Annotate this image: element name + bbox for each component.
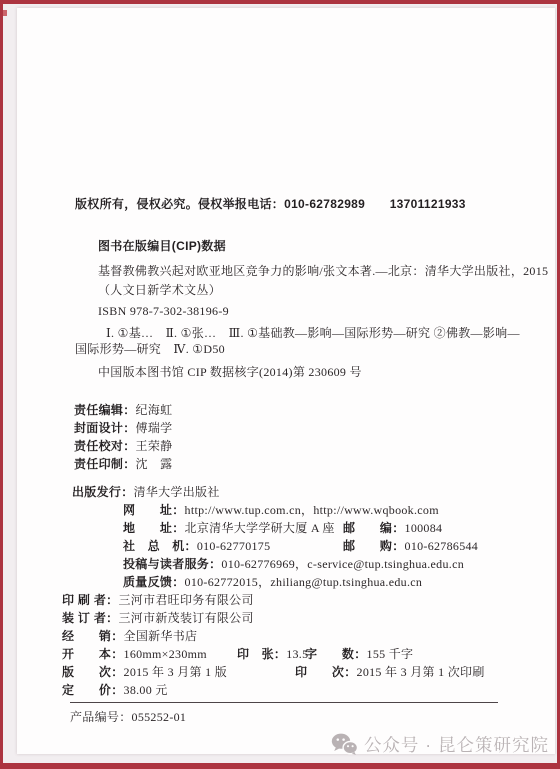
cip-record-line: 中国版本图书馆 CIP 数据核字(2014)第 230609 号	[98, 365, 362, 380]
publisher-feedback-line: 质量反馈：010-62772015，zhiliang@tup.tsinghua.…	[123, 575, 422, 590]
wordcount-value: 155 千字	[367, 647, 414, 661]
distributor-line: 经 销：全国新华书店	[62, 629, 197, 644]
address-label: 地 址：	[123, 521, 185, 535]
product-code-value: 055252-01	[132, 710, 187, 724]
staff-print-supervisor-value: 沈 露	[136, 457, 173, 471]
distributor-label: 经 销：	[62, 629, 124, 643]
cip-classification-line2: 国际形势—研究 Ⅳ. ①D50	[75, 342, 225, 357]
cip-series-line: （人文日新学术文丛）	[98, 283, 221, 298]
publisher-website-line: 网 址：http://www.tup.com.cn，http://www.wqb…	[123, 503, 439, 518]
staff-proofreader: 责任校对：王荣静	[74, 439, 172, 454]
wechat-icon	[331, 733, 358, 756]
publisher-label: 出版发行：	[72, 485, 134, 499]
price-label: 定 价：	[62, 683, 124, 697]
service-value: 010-62776969，c-service@tup.tsinghua.edu.…	[221, 557, 464, 571]
switchboard-value: 010-62770175	[197, 539, 271, 553]
publisher-value: 清华大学出版社	[134, 485, 220, 499]
postcode-value: 100084	[405, 521, 443, 535]
staff-editor: 责任编辑：纪海虹	[74, 403, 172, 418]
printer-label: 印 刷 者：	[62, 593, 118, 607]
impression-line: 印 次：2015 年 3 月第 1 次印刷	[295, 665, 485, 680]
sheets-line: 印 张：13.5	[237, 647, 308, 662]
impression-value: 2015 年 3 月第 1 次印刷	[357, 665, 485, 679]
book-copyright-page: 版权所有，侵权必究。侵权举报电话：010-62782989 1370112193…	[17, 8, 555, 754]
publisher-service-line: 投稿与读者服务：010-62776969，c-service@tup.tsing…	[123, 557, 464, 572]
staff-proofreader-value: 王荣静	[136, 439, 173, 453]
cip-heading: 图书在版编目(CIP)数据	[98, 239, 226, 254]
format-label: 开 本：	[62, 647, 124, 661]
staff-proofreader-label: 责任校对：	[74, 439, 136, 453]
separator-rule	[70, 702, 498, 703]
publisher-postcode-line: 邮 编：100084	[343, 521, 442, 536]
mailorder-value: 010-62786544	[405, 539, 479, 553]
edition-label: 版 次：	[62, 665, 124, 679]
sheets-label: 印 张：	[237, 647, 286, 661]
format-line: 开 本：160mm×230mm	[62, 647, 207, 662]
publisher-line: 出版发行：清华大学出版社	[72, 485, 220, 500]
address-value: 北京清华大学学研大厦 A 座	[185, 521, 335, 535]
edition-line: 版 次：2015 年 3 月第 1 版	[62, 665, 227, 680]
watermark-text: 公众号 · 昆仑策研究院	[364, 732, 549, 757]
publisher-switchboard-line: 社 总 机：010-62770175	[123, 539, 270, 554]
scan-artifact-mark	[0, 10, 7, 16]
staff-cover-designer: 封面设计：傅瑞学	[74, 421, 172, 436]
copyright-notice: 版权所有，侵权必究。侵权举报电话：010-62782989 1370112193…	[75, 197, 466, 212]
staff-editor-value: 纪海虹	[136, 403, 173, 417]
printer-line: 印 刷 者：三河市君旺印务有限公司	[62, 593, 254, 608]
product-code-label: 产品编号：	[70, 710, 132, 724]
cip-classification-line1: Ⅰ. ①基… Ⅱ. ①张… Ⅲ. ①基础教—影响—国际形势—研究 ②佛教—影响—	[106, 326, 520, 341]
service-label: 投稿与读者服务：	[123, 557, 221, 571]
impression-label: 印 次：	[295, 665, 357, 679]
feedback-value: 010-62772015，zhiliang@tup.tsinghua.edu.c…	[185, 575, 423, 589]
distributor-value: 全国新华书店	[124, 629, 198, 643]
staff-print-supervisor: 责任印制：沈 露	[74, 457, 172, 472]
format-value: 160mm×230mm	[124, 647, 207, 661]
mailorder-label: 邮 购：	[343, 539, 405, 553]
price-line: 定 价：38.00 元	[62, 683, 168, 698]
binder-value: 三河市新茂装订有限公司	[118, 611, 253, 625]
wordcount-line: 字 数：155 千字	[305, 647, 413, 662]
wordcount-label: 字 数：	[305, 647, 367, 661]
staff-cover-designer-value: 傅瑞学	[136, 421, 173, 435]
scanned-page-frame: 版权所有，侵权必究。侵权举报电话：010-62782989 1370112193…	[0, 0, 560, 769]
product-code-line: 产品编号：055252-01	[70, 710, 186, 725]
publisher-mailorder-line: 邮 购：010-62786544	[343, 539, 478, 554]
website-label: 网 址：	[123, 503, 185, 517]
staff-cover-designer-label: 封面设计：	[74, 421, 136, 435]
postcode-label: 邮 编：	[343, 521, 405, 535]
printer-value: 三河市君旺印务有限公司	[118, 593, 253, 607]
edition-value: 2015 年 3 月第 1 版	[124, 665, 228, 679]
binder-line: 装 订 者：三河市新茂装订有限公司	[62, 611, 254, 626]
wechat-watermark: 公众号 · 昆仑策研究院	[331, 732, 549, 757]
publisher-address-line: 地 址：北京清华大学学研大厦 A 座	[123, 521, 335, 536]
staff-editor-label: 责任编辑：	[74, 403, 136, 417]
website-value: http://www.tup.com.cn，http://www.wqbook.…	[185, 503, 439, 517]
staff-print-supervisor-label: 责任印制：	[74, 457, 136, 471]
switchboard-label: 社 总 机：	[123, 539, 197, 553]
binder-label: 装 订 者：	[62, 611, 118, 625]
cip-title-line: 基督教佛教兴起对欧亚地区竞争力的影响/张文本著.—北京：清华大学出版社，2015	[98, 264, 548, 279]
price-value: 38.00 元	[124, 683, 168, 697]
cip-isbn: ISBN 978-7-302-38196-9	[98, 304, 229, 319]
feedback-label: 质量反馈：	[123, 575, 185, 589]
